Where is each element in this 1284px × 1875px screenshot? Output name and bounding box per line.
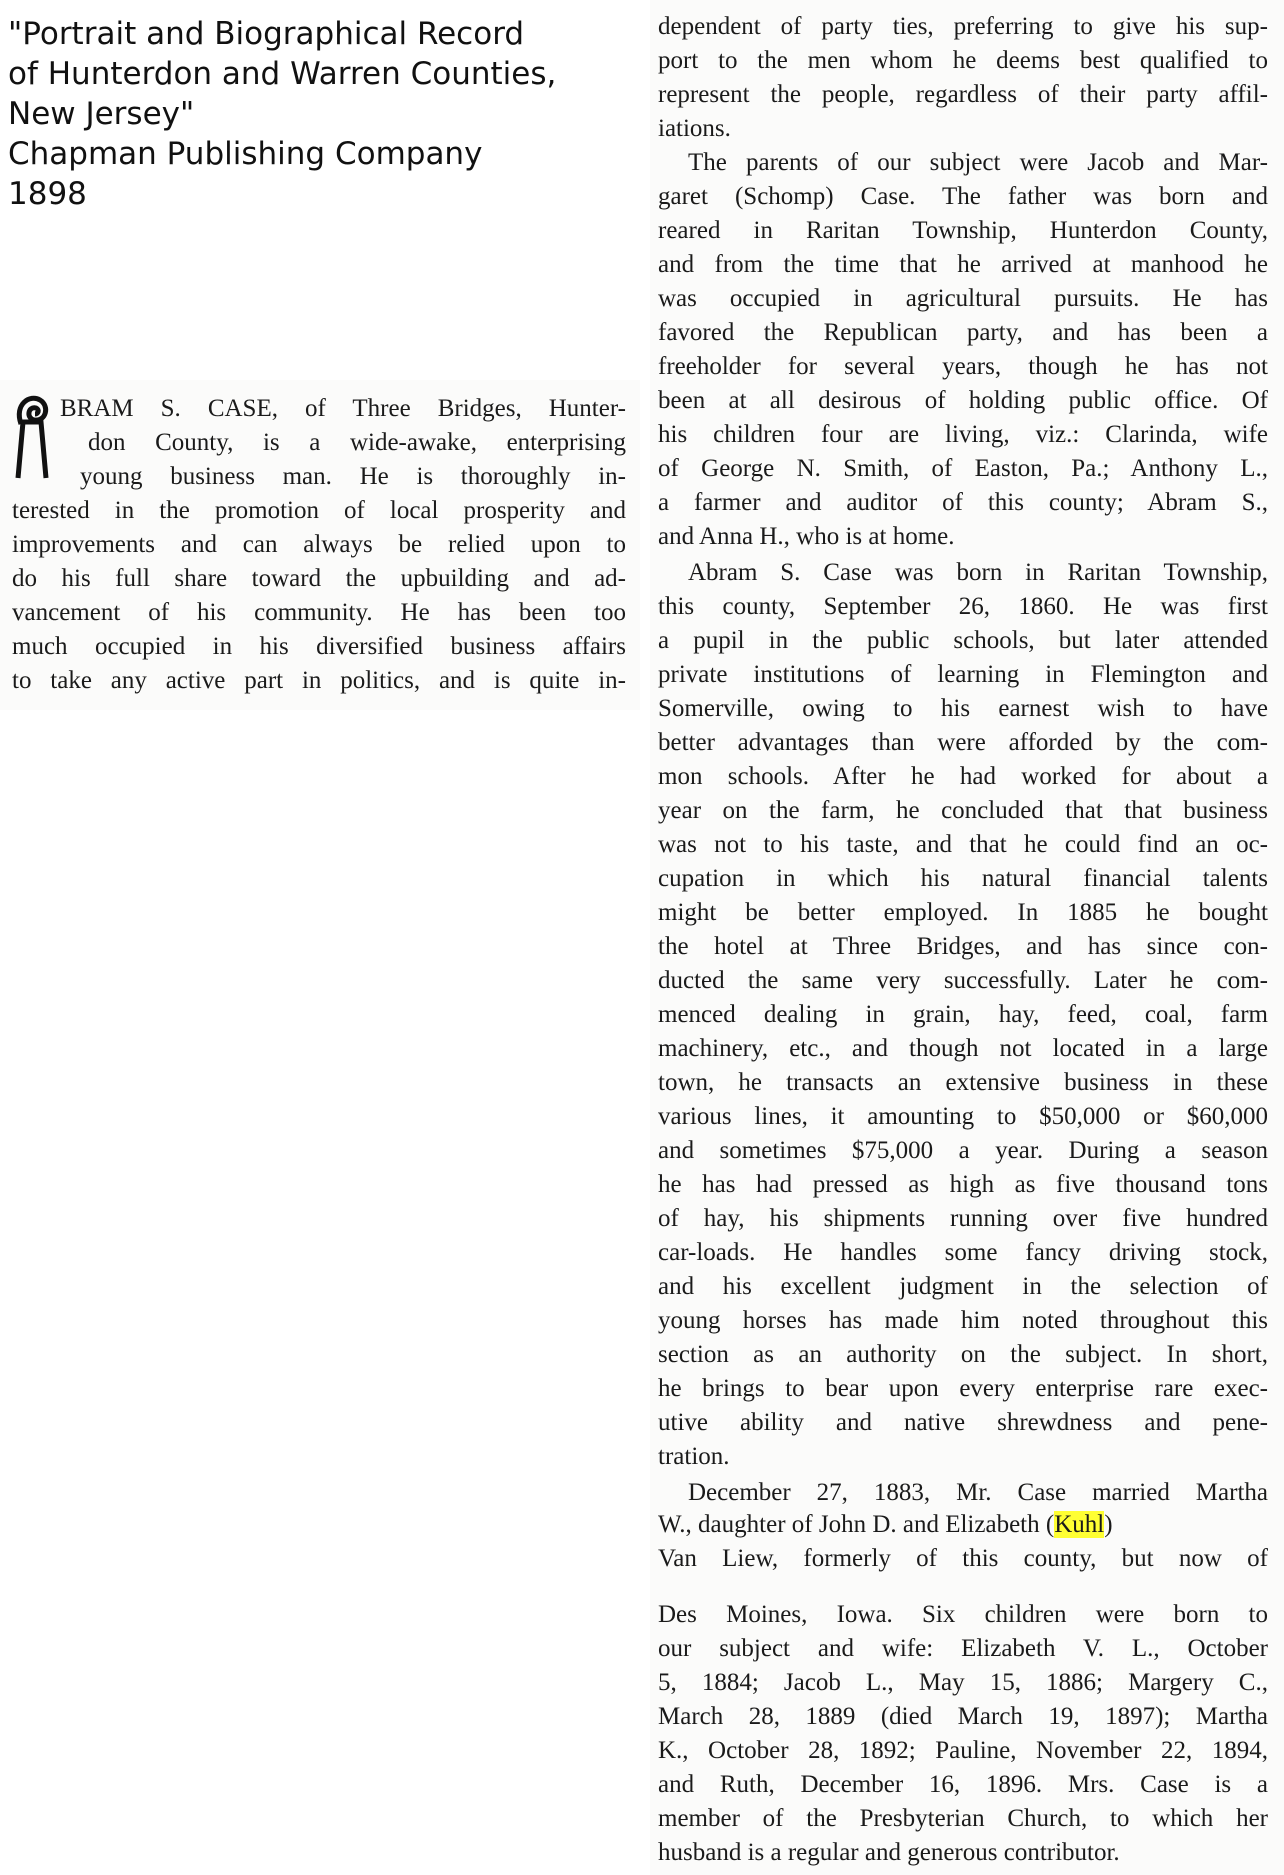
text-line: and Anna H., who is at home.: [658, 520, 1268, 554]
text-line: cupation in which his natural financial …: [658, 862, 1268, 896]
ornamental-dropcap-a-icon: [12, 394, 52, 480]
text-line: the hotel at Three Bridges, and has sinc…: [658, 930, 1268, 964]
text-line: tration.: [658, 1440, 1268, 1474]
search-highlight: Kuhl: [1054, 1511, 1104, 1538]
text-line: represent the people, regardless of thei…: [658, 78, 1268, 112]
text-line: dependent of party ties, preferring to g…: [658, 10, 1268, 44]
text-line: and his excellent judgment in the select…: [658, 1270, 1268, 1304]
text-line: 5, 1884; Jacob L., May 15, 1886; Margery…: [658, 1666, 1268, 1700]
text-line: Van Liew, formerly of this county, but n…: [658, 1542, 1268, 1576]
text-line: ducted the same very successfully. Later…: [658, 964, 1268, 998]
text-line: December 27, 1883, Mr. Case married Mart…: [688, 1476, 1268, 1510]
text-line: and from the time that he arrived at man…: [658, 248, 1268, 282]
text-line: iations.: [658, 112, 1268, 146]
text-line: was not to his taste, and that he could …: [658, 828, 1268, 862]
text-line: private institutions of learning in Flem…: [658, 658, 1268, 692]
text-line: he brings to bear upon every enterprise …: [658, 1372, 1268, 1406]
text-line: K., October 28, 1892; Pauline, November …: [658, 1734, 1268, 1768]
text-line: member of the Presbyterian Church, to wh…: [658, 1802, 1268, 1836]
text-line: much occupied in his diversified busines…: [12, 630, 626, 664]
text-line: been at all desirous of holding public o…: [658, 384, 1268, 418]
text-segment: W., daughter of John D. and Elizabeth (: [658, 1511, 1054, 1538]
text-line: BRAM S. CASE, of Three Bridges, Hunter-: [60, 392, 626, 426]
text-line: reared in Raritan Township, Hunterdon Co…: [658, 214, 1268, 248]
text-line: might be better employed. In 1885 he bou…: [658, 896, 1268, 930]
text-line: utive ability and native shrewdness and …: [658, 1406, 1268, 1440]
text-line: young horses has made him noted througho…: [658, 1304, 1268, 1338]
text-line: of hay, his shipments running over five …: [658, 1202, 1268, 1236]
text-line: a pupil in the public schools, but later…: [658, 624, 1268, 658]
text-line: machinery, etc., and though not located …: [658, 1032, 1268, 1066]
citation-header: "Portrait and Biographical Record of Hun…: [8, 14, 608, 214]
text-line: terested in the promotion of local prosp…: [12, 494, 626, 528]
text-line: menced dealing in grain, hay, feed, coal…: [658, 998, 1268, 1032]
text-line: car-loads. He handles some fancy driving…: [658, 1236, 1268, 1270]
text-line: March 28, 1889 (died March 19, 1897); Ma…: [658, 1700, 1268, 1734]
left-column-scan: BRAM S. CASE, of Three Bridges, Hunter- …: [0, 380, 640, 710]
text-line: don County, is a wide-awake, enterprisin…: [88, 426, 626, 460]
citation-line-publisher: Chapman Publishing Company: [8, 134, 608, 174]
citation-line-year: 1898: [8, 174, 608, 214]
text-line: favored the Republican party, and has be…: [658, 316, 1268, 350]
text-line: freeholder for several years, though he …: [658, 350, 1268, 384]
text-line-highlighted: W., daughter of John D. and Elizabeth (K…: [658, 1508, 1268, 1542]
text-line: he has had pressed as high as five thous…: [658, 1168, 1268, 1202]
text-line: was occupied in agricultural pursuits. H…: [658, 282, 1268, 316]
text-line: to take any active part in politics, and…: [12, 664, 626, 698]
text-line: port to the men whom he deems best quali…: [658, 44, 1268, 78]
text-line: improvements and can always be relied up…: [12, 528, 626, 562]
text-line: our subject and wife: Elizabeth V. L., O…: [658, 1632, 1268, 1666]
text-line: and sometimes $75,000 a year. During a s…: [658, 1134, 1268, 1168]
text-line: vancement of his community. He has been …: [12, 596, 626, 630]
text-line: Des Moines, Iowa. Six children were born…: [658, 1598, 1268, 1632]
text-segment: ): [1104, 1511, 1112, 1538]
text-line: year on the farm, he concluded that that…: [658, 794, 1268, 828]
text-line: town, he transacts an extensive business…: [658, 1066, 1268, 1100]
text-line: garet (Schomp) Case. The father was born…: [658, 180, 1268, 214]
text-line: Somerville, owing to his earnest wish to…: [658, 692, 1268, 726]
text-line: a farmer and auditor of this county; Abr…: [658, 486, 1268, 520]
text-line: The parents of our subject were Jacob an…: [688, 146, 1268, 180]
text-line: better advantages than were afforded by …: [658, 726, 1268, 760]
citation-line-title-3: New Jersey": [8, 94, 608, 134]
text-line: husband is a regular and generous contri…: [658, 1836, 1268, 1870]
citation-line-title-1: "Portrait and Biographical Record: [8, 14, 608, 54]
text-line: this county, September 26, 1860. He was …: [658, 590, 1268, 624]
text-line: and Ruth, December 16, 1896. Mrs. Case i…: [658, 1768, 1268, 1802]
right-column-scan: dependent of party ties, preferring to g…: [650, 0, 1284, 1875]
citation-line-title-2: of Hunterdon and Warren Counties,: [8, 54, 608, 94]
text-line: of George N. Smith, of Easton, Pa.; Anth…: [658, 452, 1268, 486]
text-line: Abram S. Case was born in Raritan Townsh…: [688, 556, 1268, 590]
text-line: his children four are living, viz.: Clar…: [658, 418, 1268, 452]
text-line: mon schools. After he had worked for abo…: [658, 760, 1268, 794]
text-line: section as an authority on the subject. …: [658, 1338, 1268, 1372]
text-line: various lines, it amounting to $50,000 o…: [658, 1100, 1268, 1134]
text-line: do his full share toward the upbuilding …: [12, 562, 626, 596]
text-line: young business man. He is thoroughly in-: [80, 460, 626, 494]
